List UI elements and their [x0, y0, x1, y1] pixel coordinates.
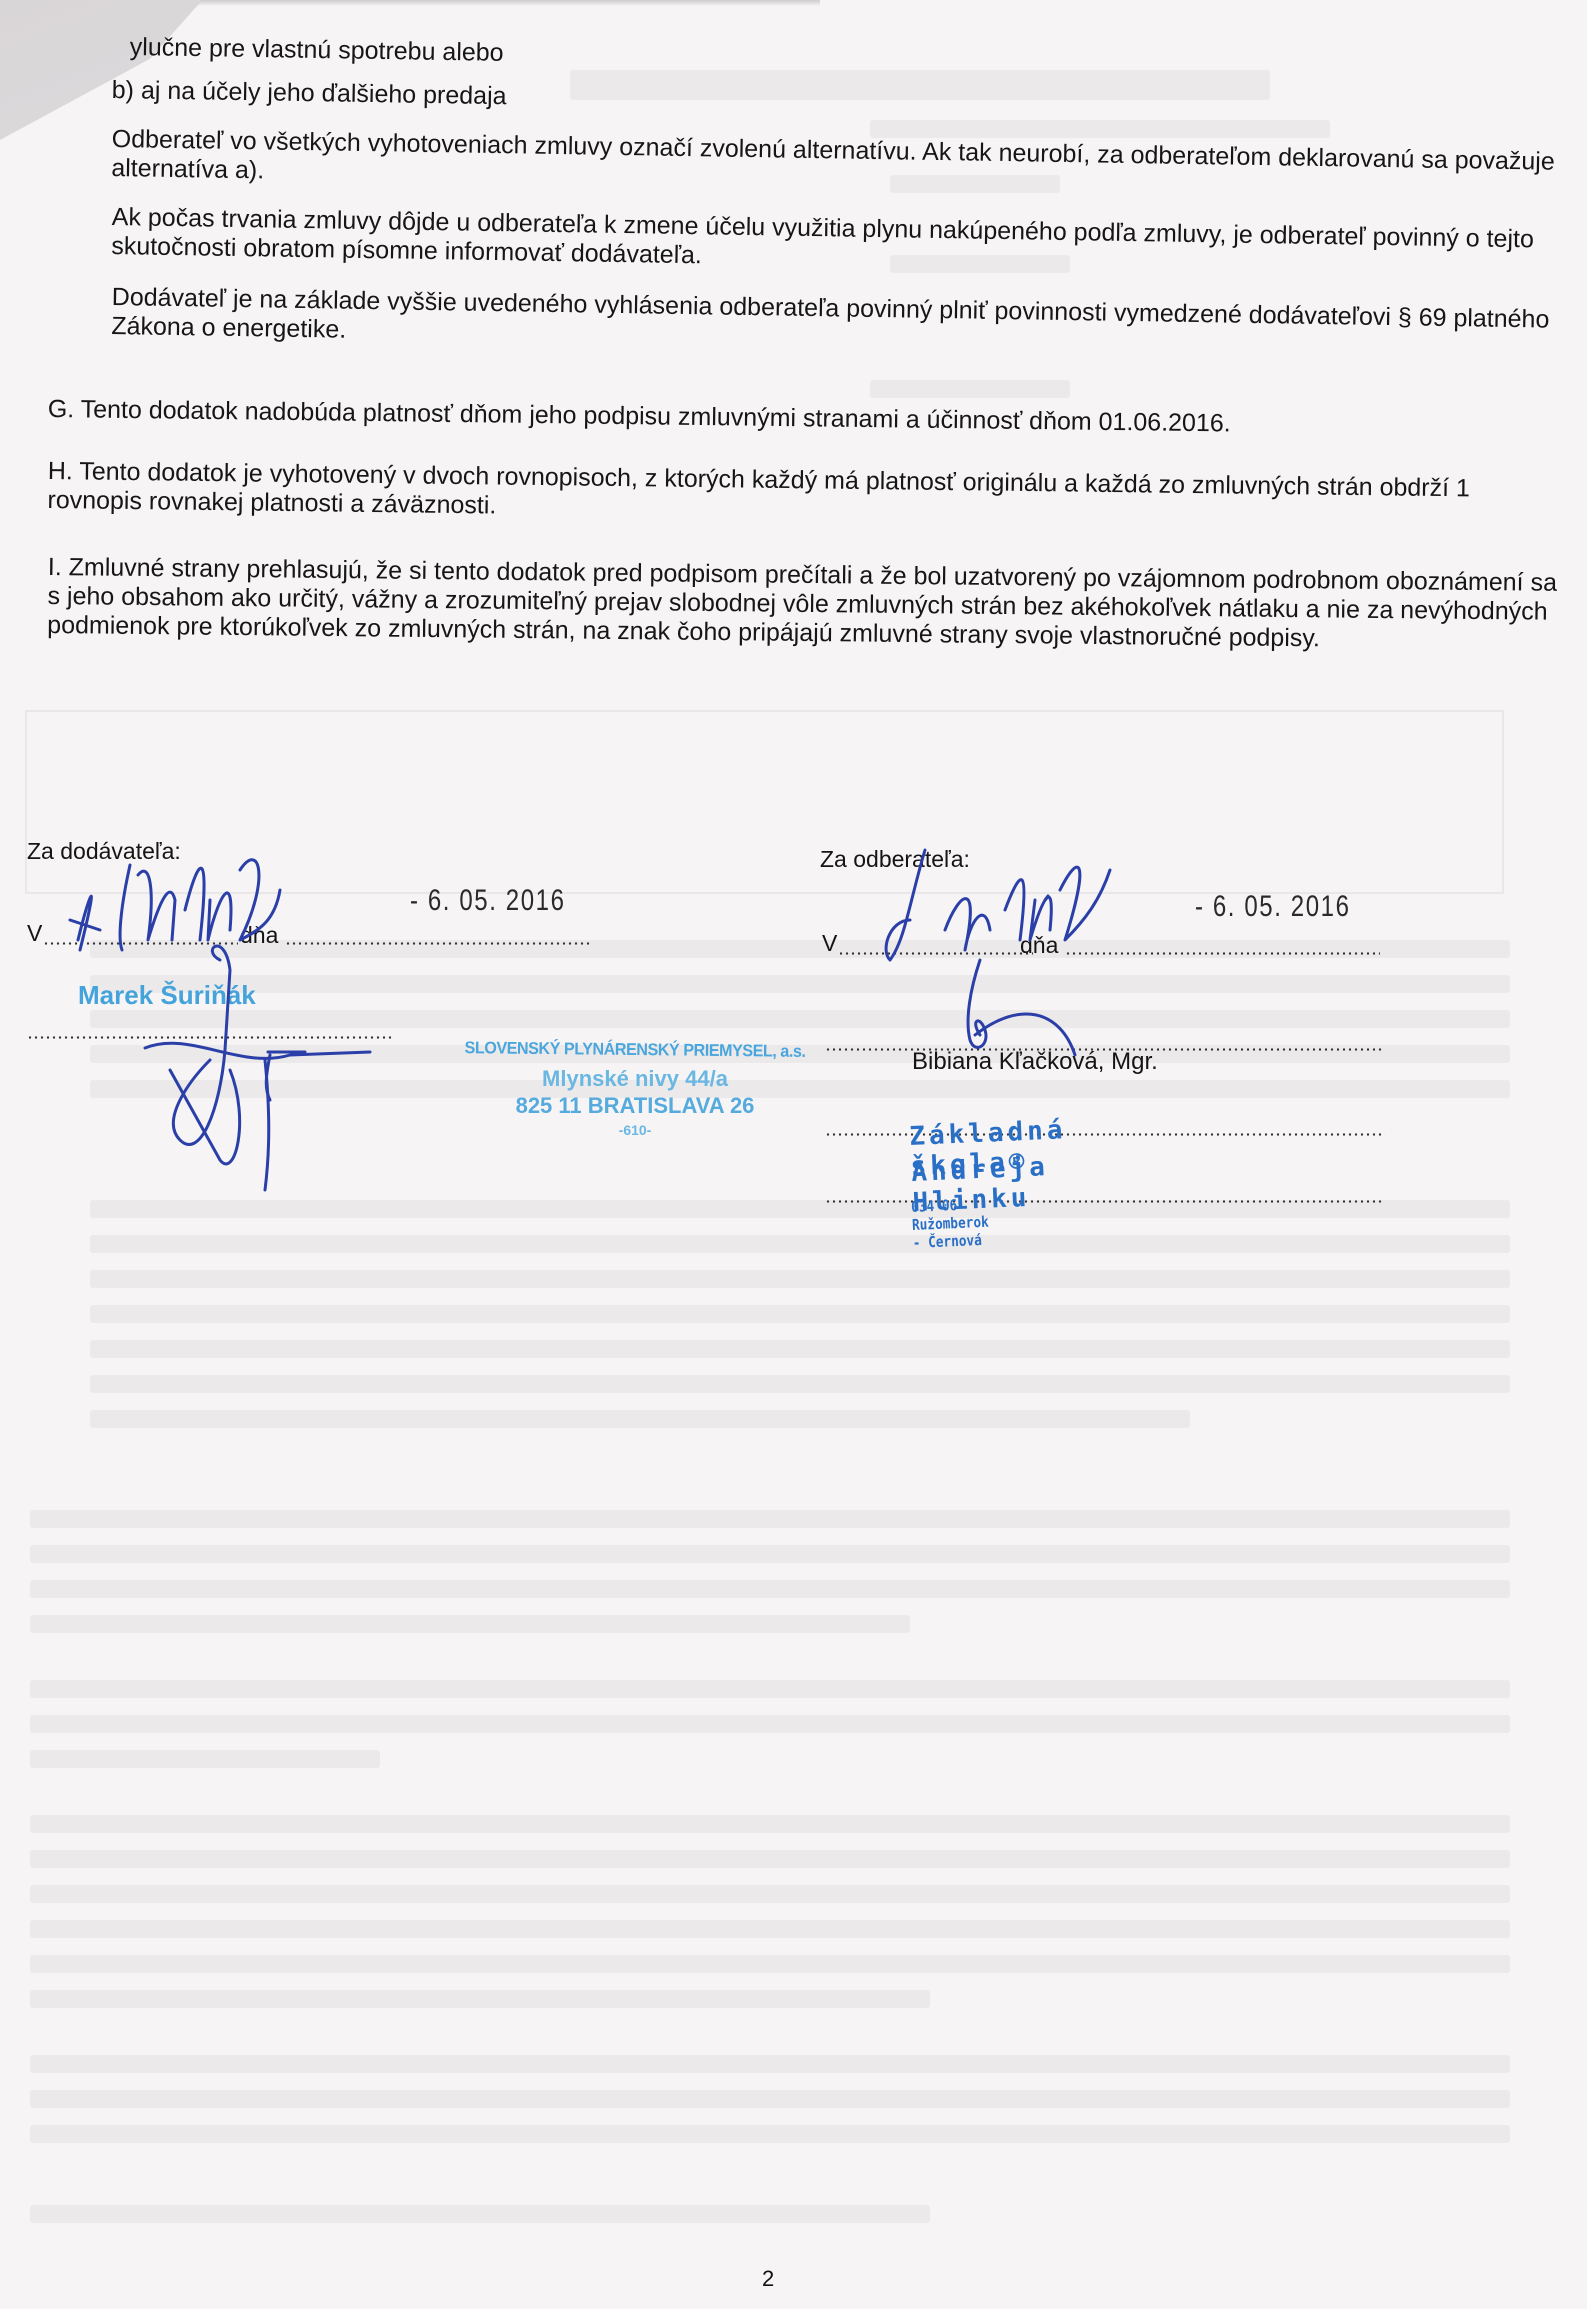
- list-item-b: b) aj na účely jeho ďalšieho predaja: [112, 76, 507, 111]
- customer-stamp-line-2: [825, 1200, 1385, 1203]
- document-body: ylučne pre vlastnú spotrebu alebo b) aj …: [0, 0, 1587, 2309]
- clause-i: I. Zmluvné strany prehlasujú, že si tent…: [47, 553, 1558, 656]
- clause-h: H. Tento dodatok je vyhotovený v dvoch r…: [47, 457, 1558, 533]
- paragraph-change-notice: Ak počas trvania zmluvy dôjde u odberate…: [111, 203, 1567, 284]
- customer-place-label: V: [822, 930, 837, 957]
- page-number: 2: [762, 2266, 774, 2292]
- customer-date-stamp: - 6. 05. 2016: [1195, 890, 1351, 924]
- school-stamp-line3: 034 06 Ružomberok - Černová: [911, 1195, 990, 1252]
- customer-handwritten-signature: [870, 840, 1210, 1070]
- company-stamp-line4: -610-: [445, 1122, 825, 1138]
- clause-g: G. Tento dodatok nadobúda platnosť dňom …: [48, 395, 1558, 442]
- company-stamp-line1: SLOVENSKÝ PLYNÁRENSKÝ PRIEMYSEL, a.s.: [454, 1038, 815, 1062]
- supplier-place-label: V: [27, 920, 42, 947]
- document-page: ylučne pre vlastnú spotrebu alebo b) aj …: [0, 0, 1587, 2309]
- company-stamp-line2: Mlynské nivy 44/a: [445, 1066, 825, 1092]
- supplier-handwritten-signature: [60, 830, 500, 1200]
- list-item-a: ylučne pre vlastnú spotrebu alebo: [130, 33, 504, 68]
- company-stamp-line3: 825 11 BRATISLAVA 26: [445, 1093, 825, 1119]
- paragraph-supplier-obligations: Dodávateľ je na základe vyššie uvedeného…: [111, 283, 1567, 364]
- paragraph-alternative: Odberateľ vo všetkých vyhotoveniach zmlu…: [111, 125, 1567, 206]
